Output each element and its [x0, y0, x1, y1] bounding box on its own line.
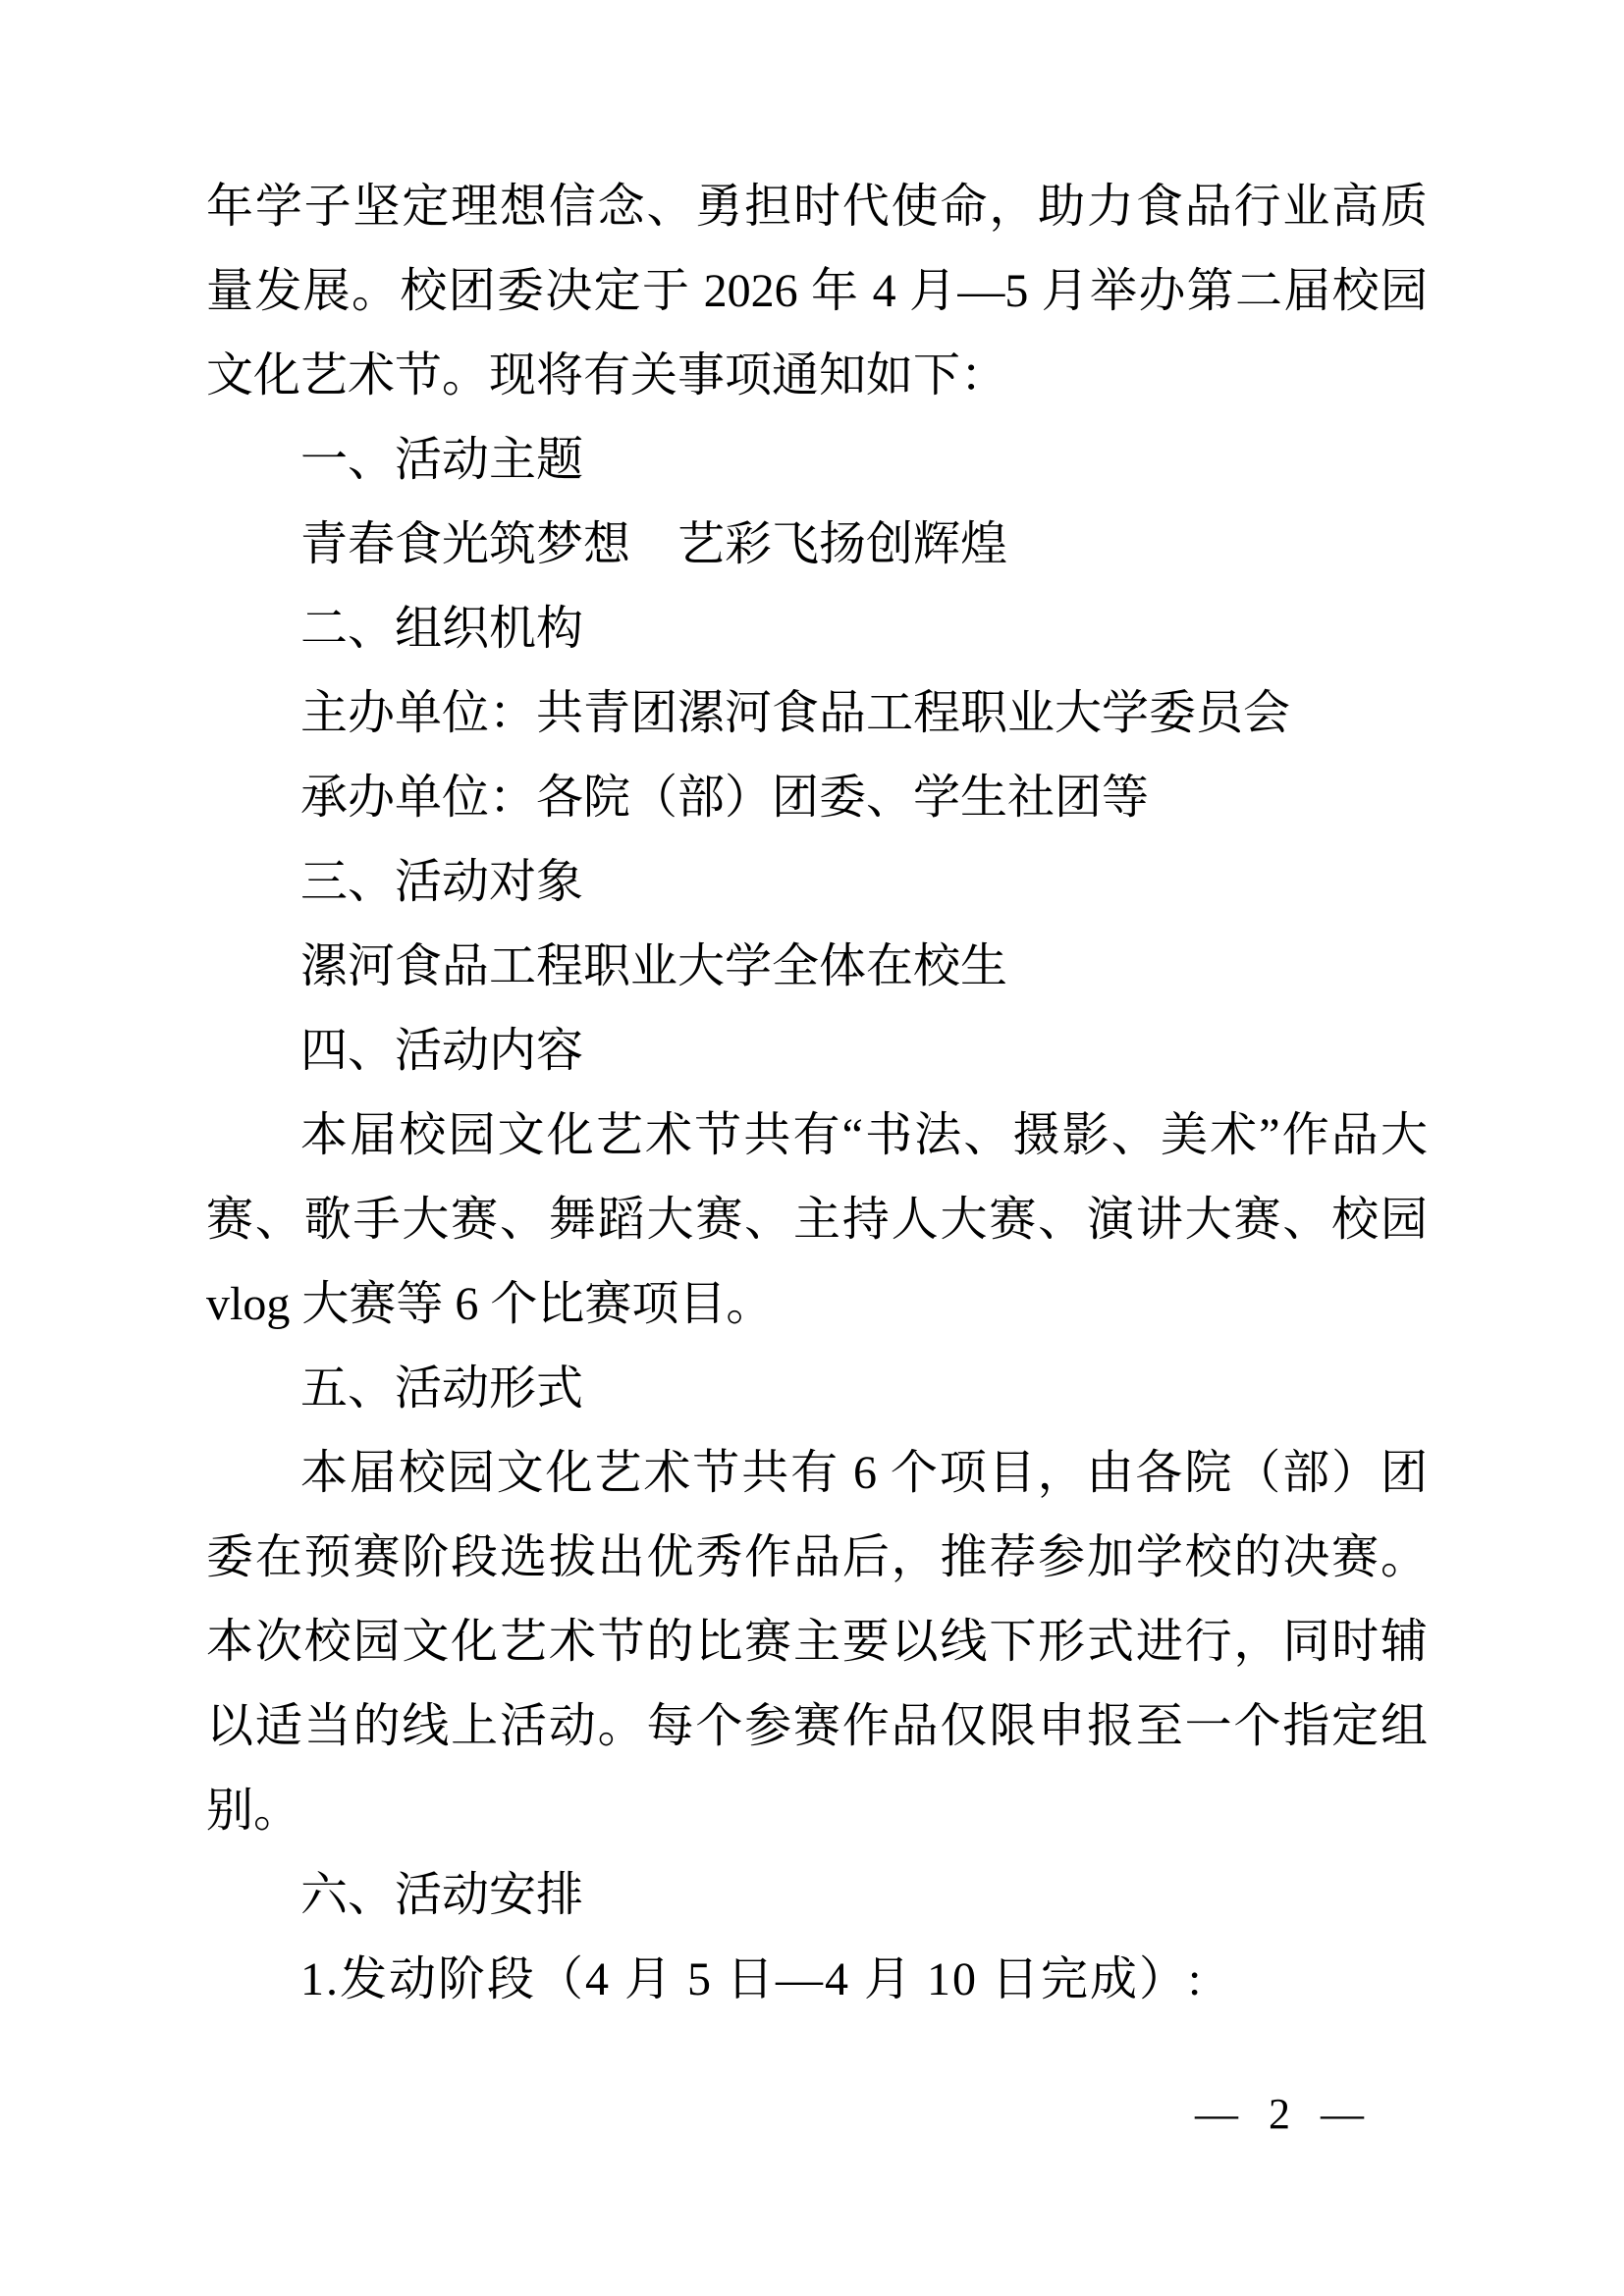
organizer-line: 主办单位：共青团漯河食品工程职业大学委员会 — [206, 671, 1428, 756]
schedule-phase-1-line: 1.发动阶段（4 月 5 日—4 月 10 日完成）: — [206, 1938, 1428, 2022]
activity-target-text: 漯河食品工程职业大学全体在校生 — [206, 925, 1428, 1009]
heading-activity-format: 五、活动形式 — [206, 1347, 1428, 1431]
document-body: 年学子坚定理想信念、勇担时代使命，助力食品行业高质量发展。校团委决定于 2026… — [206, 165, 1428, 2022]
document-page: 年学子坚定理想信念、勇担时代使命，助力食品行业高质量发展。校团委决定于 2026… — [0, 0, 1624, 2296]
undertaker-line: 承办单位：各院（部）团委、学生社团等 — [206, 756, 1428, 840]
activity-theme-text: 青春食光筑梦想 艺彩飞扬创辉煌 — [206, 503, 1428, 587]
heading-activity-schedule: 六、活动安排 — [206, 1853, 1428, 1938]
page-number: — 2 — — [1195, 2085, 1374, 2144]
heading-activity-content: 四、活动内容 — [206, 1009, 1428, 1094]
activity-content-paragraph: 本届校园文化艺术节共有“书法、摄影、美术”作品大赛、歌手大赛、舞蹈大赛、主持人大… — [206, 1094, 1428, 1347]
paragraph-intro: 年学子坚定理想信念、勇担时代使命，助力食品行业高质量发展。校团委决定于 2026… — [206, 165, 1428, 418]
activity-format-paragraph: 本届校园文化艺术节共有 6 个项目，由各院（部）团委在预赛阶段选拔出优秀作品后，… — [206, 1431, 1428, 1853]
heading-activity-theme: 一、活动主题 — [206, 418, 1428, 503]
heading-organization: 二、组织机构 — [206, 587, 1428, 671]
heading-activity-target: 三、活动对象 — [206, 840, 1428, 925]
